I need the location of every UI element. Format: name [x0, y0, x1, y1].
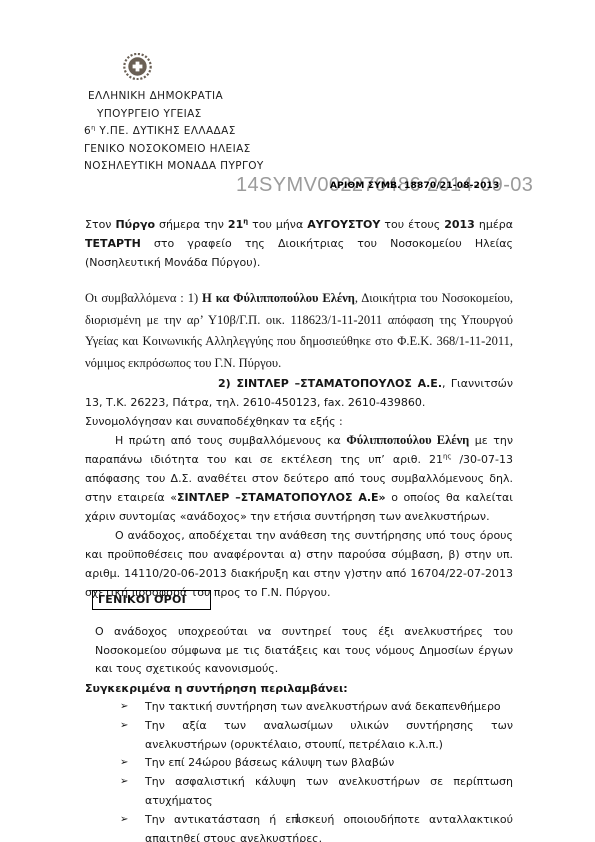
- paragraph-assignment: Η πρώτη από τους συμβαλλόμενους κα Φύλιπ…: [85, 431, 513, 526]
- terms-intro: Ο ανάδοχος υποχρεούται να συντηρεί τους …: [85, 623, 513, 679]
- header-line-region: 6η Υ.ΠΕ. ΔΥΤΙΚΗΣ ΕΛΛΑΔΑΣ: [84, 123, 264, 141]
- page-number: 1: [0, 811, 595, 826]
- paragraph-party-two: 2) ΣΙΝΤΛΕΡ –ΣΤΑΜΑΤΟΠΟΥΛΟΣ Α.Ε., Γιαννιτσ…: [85, 374, 513, 412]
- arrow-bullet-icon: ➢: [120, 773, 145, 811]
- general-terms-section: ΓΕΝΙΚΟΙ ΟΡΟΙ Ο ανάδοχος υποχρεούται να σ…: [85, 588, 513, 842]
- terms-subheading: Συγκεκριμένα η συντήρηση περιλαμβάνει:: [85, 680, 513, 699]
- paragraph-date-place: Στον Πύργο σήμερα την 21η του μήνα ΑΥΓΟΥ…: [85, 215, 513, 272]
- general-terms-heading: ΓΕΝΙΚΟΙ ΟΡΟΙ: [92, 590, 211, 610]
- list-item: ➢Την τακτική συντήρηση των ανελκυστήρων …: [120, 698, 513, 717]
- header-line-republic: ΕΛΛΗΝΙΚΗ ΔΗΜΟΚΡΑΤΙΑ: [88, 88, 264, 106]
- list-item: ➢Την επί 24ώρου βάσεως κάλυψη των βλαβών: [120, 754, 513, 773]
- header-line-hospital: ΓΕΝΙΚΟ ΝΟΣΟΚΟΜΕΙΟ ΗΛΕΙΑΣ: [84, 141, 264, 159]
- arrow-bullet-icon: ➢: [120, 754, 145, 773]
- document-page: ΕΛΛΗΝΙΚΗ ΔΗΜΟΚΡΑΤΙΑ ΥΠΟΥΡΓΕΙΟ ΥΓΕΙΑΣ 6η …: [0, 0, 595, 842]
- list-item: ➢Την αξία των αναλωσίμων υλικών συντήρησ…: [120, 717, 513, 755]
- document-body: Στον Πύργο σήμερα την 21η του μήνα ΑΥΓΟΥ…: [85, 215, 513, 602]
- contract-number: ΑΡΙΘΜ ΣΥΜΒ. 18870/21-08-2013: [330, 181, 499, 191]
- arrow-bullet-icon: ➢: [120, 717, 145, 755]
- list-item: ➢Την ασφαλιστική κάλυψη των ανελκυστήρων…: [120, 773, 513, 811]
- header-line-ministry: ΥΠΟΥΡΓΕΙΟ ΥΓΕΙΑΣ: [97, 106, 264, 124]
- government-header: ΕΛΛΗΝΙΚΗ ΔΗΜΟΚΡΑΤΙΑ ΥΠΟΥΡΓΕΙΟ ΥΓΕΙΑΣ 6η …: [84, 88, 264, 176]
- paragraph-agreement-lead: Συνομολόγησαν και συναποδέχθηκαν τα εξής…: [85, 412, 513, 431]
- arrow-bullet-icon: ➢: [120, 698, 145, 717]
- greek-national-emblem-icon: [123, 53, 152, 80]
- paragraph-party-one: Οι συμβαλλόμενα : 1) Η κα Φύλιπποπούλου …: [85, 288, 513, 374]
